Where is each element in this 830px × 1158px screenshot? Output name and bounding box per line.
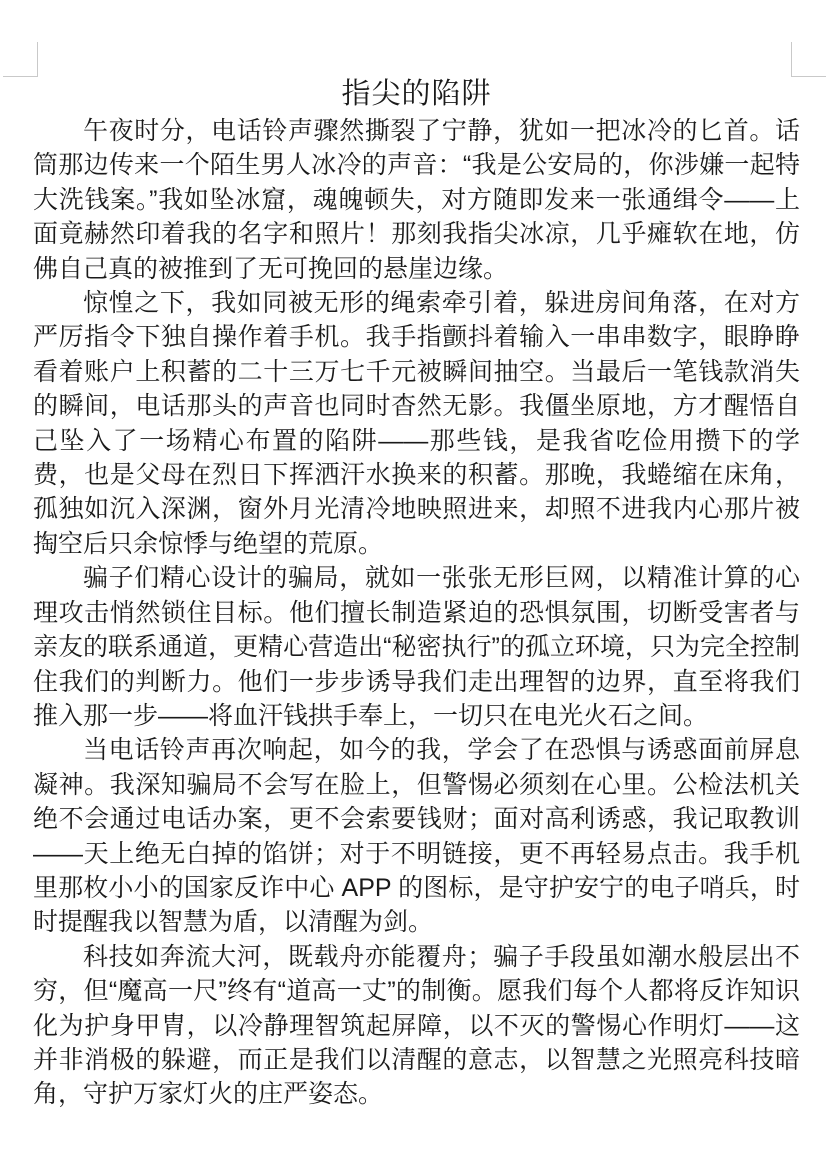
essay-paragraph: 午夜时分，电话铃声骤然撕裂了宁静，犹如一把冰冷的匕首。话筒那边传来一个陌生男人冰… (33, 114, 800, 286)
document-page: 指尖的陷阱 午夜时分，电话铃声骤然撕裂了宁静，犹如一把冰冷的匕首。话筒那边传来一… (0, 0, 830, 1158)
essay-paragraph: 当电话铃声再次响起，如今的我，学会了在恐惧与诱惑面前屏息凝神。我深知骗局不会写在… (33, 733, 800, 939)
essay-body: 指尖的陷阱 午夜时分，电话铃声骤然撕裂了宁静，犹如一把冰冷的匕首。话筒那边传来一… (33, 74, 800, 1112)
essay-paragraph: 科技如奔流大河，既载舟亦能覆舟；骗子手段虽如潮水般层出不穷，但“魔高一尺”终有“… (33, 940, 800, 1112)
essay-title: 指尖的陷阱 (33, 74, 800, 114)
crop-mark-top-right (791, 42, 826, 77)
essay-paragraph: 惊惶之下，我如同被无形的绳索牵引着，躲进房间角落，在对方严厉指令下独自操作着手机… (33, 286, 800, 561)
essay-paragraph: 骗子们精心设计的骗局，就如一张张无形巨网，以精准计算的心理攻击悄然锁住目标。他们… (33, 561, 800, 733)
crop-mark-top-left (3, 42, 38, 77)
